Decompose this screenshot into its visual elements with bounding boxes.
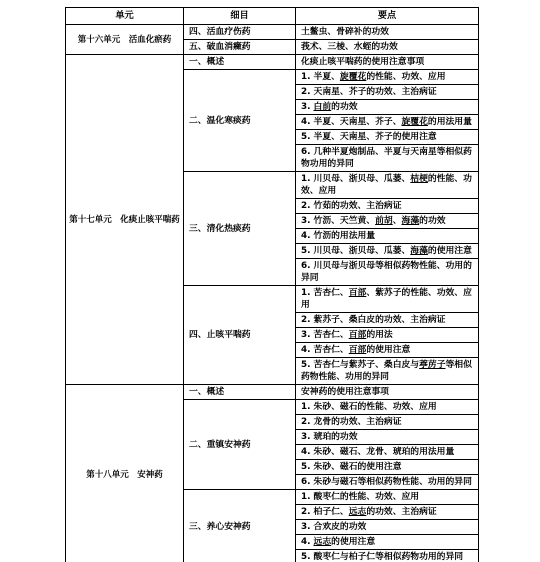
point-cell: 5. 川贝母、浙贝母、瓜蒌、海藻的使用注意 [296, 244, 479, 259]
point-cell: 3. 合欢皮的功效 [296, 520, 479, 535]
item-cell: 四、止咳平喘药 [184, 286, 296, 385]
item-cell: 二、温化寒痰药 [184, 70, 296, 172]
point-cell: 3. 竹沥、天竺黄、前胡、海藻的功效 [296, 214, 479, 229]
point-cell: 5. 朱砂、磁石的使用注意 [296, 460, 479, 475]
point-cell: 1. 酸枣仁的性能、功效、应用 [296, 490, 479, 505]
point-cell: 2. 竹茹的功效、主治病证 [296, 199, 479, 214]
table-row: 第十八单元 安神药一、概述安神药的使用注意事项 [66, 385, 479, 400]
point-cell: 1. 苦杏仁、百部、紫苏子的性能、功效、应用 [296, 286, 479, 313]
point-cell: 4. 远志的使用注意 [296, 535, 479, 550]
point-cell: 2. 龙骨的功效、主治病证 [296, 415, 479, 430]
point-cell: 4. 半夏、天南星、芥子、旋覆花的用法用量 [296, 115, 479, 130]
table-row: 第十六单元 活血化瘀药四、活血疗伤药土鳖虫、骨碎补的功效 [66, 25, 479, 40]
point-cell: 1. 朱砂、磁石的性能、功效、应用 [296, 400, 479, 415]
point-cell: 5. 酸枣仁与柏子仁等相似药物功用的异同 [296, 550, 479, 562]
point-cell: 2. 柏子仁、远志的功效、主治病证 [296, 505, 479, 520]
unit-cell: 第十七单元 化痰止咳平喘药 [66, 55, 184, 385]
item-cell: 一、概述 [184, 385, 296, 400]
item-cell: 三、清化热痰药 [184, 172, 296, 286]
point-cell: 1. 川贝母、浙贝母、瓜蒌、桔梗的性能、功效、应用 [296, 172, 479, 199]
point-cell: 莪术、三棱、水蛭的功效 [296, 40, 479, 55]
point-cell: 4. 朱砂、磁石、龙骨、琥珀的用法用量 [296, 445, 479, 460]
point-cell: 化痰止咳平喘药的使用注意事项 [296, 55, 479, 70]
syllabus-table: 单元 细目 要点 第十六单元 活血化瘀药四、活血疗伤药土鳖虫、骨碎补的功效五、破… [65, 7, 479, 562]
point-cell: 土鳖虫、骨碎补的功效 [296, 25, 479, 40]
item-cell: 三、养心安神药 [184, 490, 296, 562]
point-cell: 4. 竹沥的用法用量 [296, 229, 479, 244]
item-cell: 二、重镇安神药 [184, 400, 296, 490]
point-cell: 1. 半夏、旋覆花的性能、功效、应用 [296, 70, 479, 85]
column-header-points: 要点 [296, 8, 479, 25]
point-cell: 4. 苦杏仁、百部的使用注意 [296, 343, 479, 358]
document-page: 单元 细目 要点 第十六单元 活血化瘀药四、活血疗伤药土鳖虫、骨碎补的功效五、破… [0, 0, 540, 562]
table-row: 第十七单元 化痰止咳平喘药一、概述化痰止咳平喘药的使用注意事项 [66, 55, 479, 70]
point-cell: 3. 白前的功效 [296, 100, 479, 115]
unit-cell: 第十八单元 安神药 [66, 385, 184, 562]
header-row: 单元 细目 要点 [66, 8, 479, 25]
point-cell: 2. 天南星、芥子的功效、主治病证 [296, 85, 479, 100]
point-cell: 6. 朱砂与磁石等相似药物性能、功用的异同 [296, 475, 479, 490]
point-cell: 安神药的使用注意事项 [296, 385, 479, 400]
item-cell: 四、活血疗伤药 [184, 25, 296, 40]
point-cell: 6. 川贝母与浙贝母等相似药物性能、功用的异同 [296, 259, 479, 286]
point-cell: 3. 琥珀的功效 [296, 430, 479, 445]
point-cell: 3. 苦杏仁、百部的用法 [296, 328, 479, 343]
point-cell: 2. 紫苏子、桑白皮的功效、主治病证 [296, 313, 479, 328]
unit-cell: 第十六单元 活血化瘀药 [66, 25, 184, 55]
column-header-item: 细目 [184, 8, 296, 25]
column-header-unit: 单元 [66, 8, 184, 25]
item-cell: 一、概述 [184, 55, 296, 70]
point-cell: 6. 几种半夏炮制品、半夏与天南星等相似药物功用的异同 [296, 145, 479, 172]
point-cell: 5. 苦杏仁与紫苏子、桑白皮与葶苈子等相似药物性能、功用的异同 [296, 358, 479, 385]
item-cell: 五、破血消癥药 [184, 40, 296, 55]
point-cell: 5. 半夏、天南星、芥子的使用注意 [296, 130, 479, 145]
